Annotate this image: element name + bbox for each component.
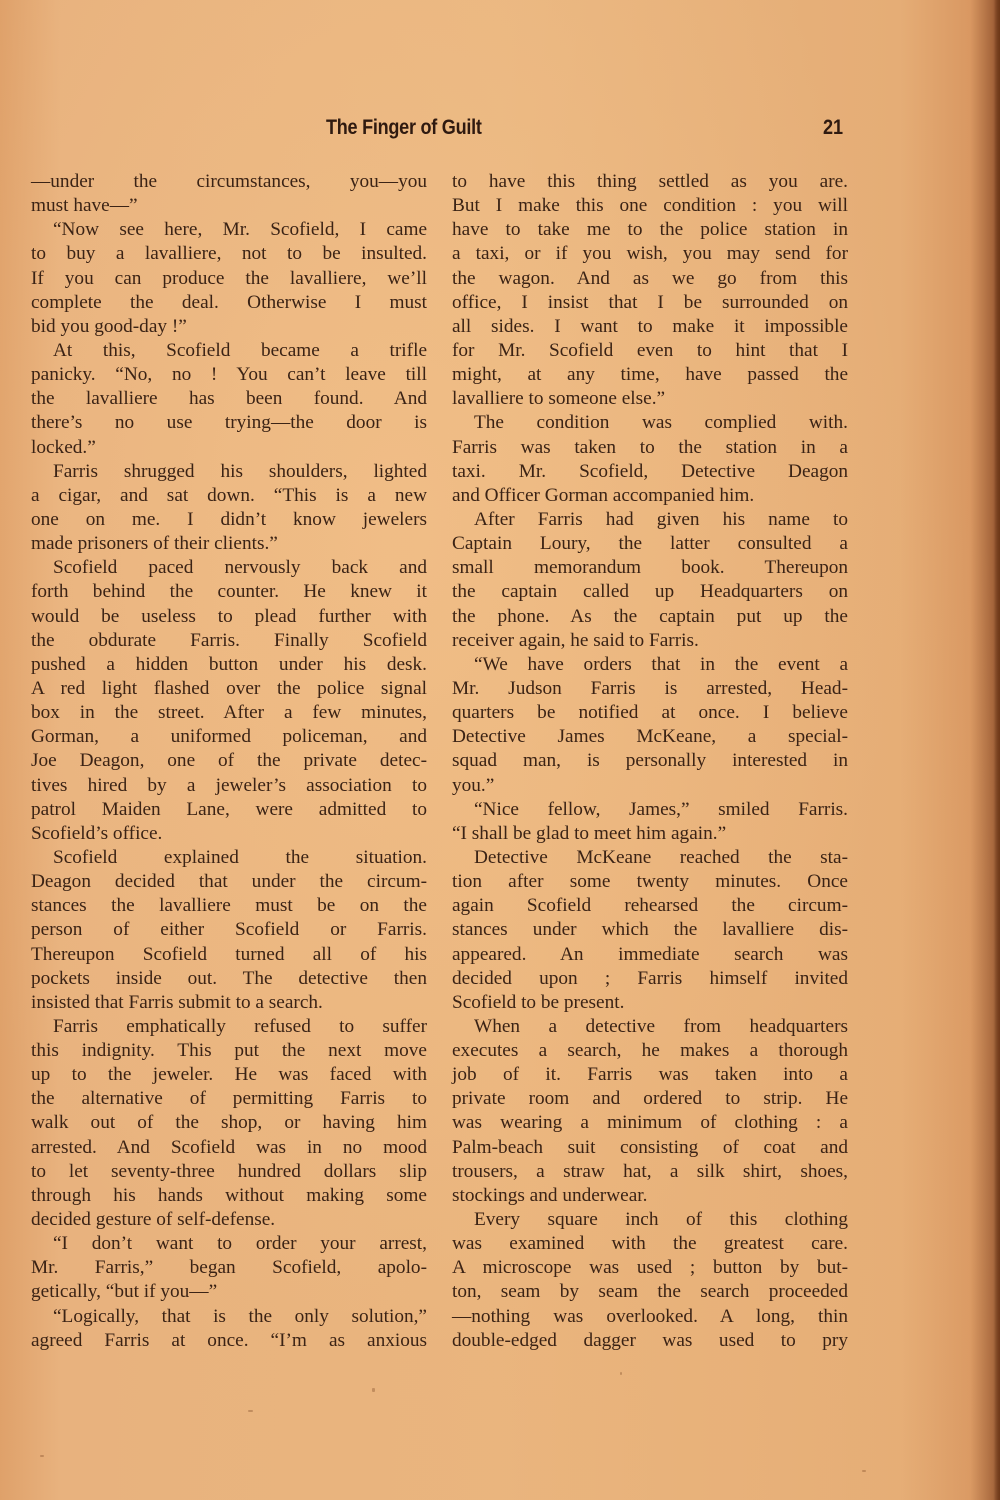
text-line: quarters be notified at once. I believe [452,701,848,725]
text-line: job of it. Farris was taken into a [452,1063,848,1087]
paper-speck [40,1455,44,1457]
text-line: would be useless to plead further with [31,605,427,629]
text-line: Every square inch of this clothing [452,1208,848,1232]
text-line: decided gesture of self-defense. [31,1208,427,1232]
text-line: up to the jeweler. He was faced with [31,1063,427,1087]
text-line: bid you good-day !” [31,315,427,339]
text-line: one on me. I didn’t know jewelers [31,508,427,532]
text-line: panicky. “No, no ! You can’t leave till [31,363,427,387]
text-line: Scofield’s office. [31,822,427,846]
text-line: locked.” [31,436,427,460]
text-line: the phone. As the captain put up the [452,605,848,629]
text-line: “I shall be glad to meet him again.” [452,822,848,846]
text-line: and Officer Gorman accompanied him. [452,484,848,508]
text-line: taxi. Mr. Scofield, Detective Deagon [452,460,848,484]
text-line: squad man, is personally interested in [452,749,848,773]
running-head: The Finger of Guilt 21 [0,116,1000,146]
text-line: all sides. I want to make it impossible [452,315,848,339]
text-line: was examined with the greatest care. [452,1232,848,1256]
text-line: Joe Deagon, one of the private detec- [31,749,427,773]
text-line: again Scofield rehearsed the circum- [452,894,848,918]
text-line: “Nice fellow, James,” smiled Farris. [452,798,848,822]
text-line: the obdurate Farris. Finally Scofield [31,629,427,653]
text-line: the captain called up Headquarters on [452,580,848,604]
text-column-left: —under the circumstances, you—youmust ha… [31,170,427,1353]
text-line: a cigar, and sat down. “This is a new [31,484,427,508]
text-line: Mr. Farris,” began Scofield, apolo- [31,1256,427,1280]
text-line: If you can produce the lavalliere, we’ll [31,267,427,291]
text-line: this indignity. This put the next move [31,1039,427,1063]
text-line: The condition was complied with. [452,411,848,435]
text-line: tives hired by a jeweler’s association t… [31,774,427,798]
text-line: there’s no use trying—the door is [31,411,427,435]
text-line: getically, “but if you—” [31,1280,427,1304]
text-line: private room and ordered to strip. He [452,1087,848,1111]
text-line: agreed Farris at once. “I’m as anxious [31,1329,427,1353]
paper-speck [862,1470,866,1472]
page-number: 21 [823,116,843,140]
text-line: box in the street. After a few minutes, [31,701,427,725]
text-line: A microscope was used ; button by but- [452,1256,848,1280]
text-line: At this, Scofield became a trifle [31,339,427,363]
text-line: Farris was taken to the station in a [452,436,848,460]
text-line: pockets inside out. The detective then [31,967,427,991]
text-line: executes a search, he makes a thorough [452,1039,848,1063]
text-line: double-edged dagger was used to pry [452,1329,848,1353]
text-line: But I make this one condition : you will [452,194,848,218]
text-line: Farris shrugged his shoulders, lighted [31,460,427,484]
text-line: When a detective from headquarters [452,1015,848,1039]
text-line: trousers, a straw hat, a silk shirt, sho… [452,1160,848,1184]
text-line: —nothing was overlooked. A long, thin [452,1305,848,1329]
text-line: small memorandum book. Thereupon [452,556,848,580]
text-line: “We have orders that in the event a [452,653,848,677]
text-line: stances the lavalliere must be on the [31,894,427,918]
paper-speck [620,1372,622,1375]
text-line: was wearing a minimum of clothing : a [452,1111,848,1135]
text-line: patrol Maiden Lane, were admitted to [31,798,427,822]
text-line: arrested. And Scofield was in no mood [31,1136,427,1160]
running-title: The Finger of Guilt [326,116,482,140]
text-line: tion after some twenty minutes. Once [452,870,848,894]
book-page: The Finger of Guilt 21 —under the circum… [0,0,1000,1500]
text-line: stockings and underwear. [452,1184,848,1208]
text-line: the lavalliere has been found. And [31,387,427,411]
text-line: have to take me to the police station in [452,218,848,242]
text-line: Detective James McKeane, a special- [452,725,848,749]
text-line: After Farris had given his name to [452,508,848,532]
text-line: Scofield paced nervously back and [31,556,427,580]
text-line: to have this thing settled as you are. [452,170,848,194]
text-line: Gorman, a uniformed policeman, and [31,725,427,749]
text-line: Scofield explained the situation. [31,846,427,870]
text-line: “I don’t want to order your arrest, [31,1232,427,1256]
paper-speck [372,1388,375,1392]
text-line: “Now see here, Mr. Scofield, I came [31,218,427,242]
text-line: Palm-beach suit consisting of coat and [452,1136,848,1160]
text-line: must have—” [31,194,427,218]
text-line: Mr. Judson Farris is arrested, Head- [452,677,848,701]
text-line: ton, seam by seam the search proceeded [452,1280,848,1304]
text-line: might, at any time, have passed the [452,363,848,387]
text-line: person of either Scofield or Farris. [31,918,427,942]
text-line: forth behind the counter. He knew it [31,580,427,604]
text-line: Deagon decided that under the circum- [31,870,427,894]
text-line: “Logically, that is the only solution,” [31,1305,427,1329]
text-column-right: to have this thing settled as you are.Bu… [452,170,848,1353]
text-line: to buy a lavalliere, not to be insulted. [31,242,427,266]
text-line: —under the circumstances, you—you [31,170,427,194]
text-line: a taxi, or if you wish, you may send for [452,242,848,266]
text-line: for Mr. Scofield even to hint that I [452,339,848,363]
text-line: Captain Loury, the latter consulted a [452,532,848,556]
text-line: decided upon ; Farris himself invited [452,967,848,991]
text-line: stances under which the lavalliere dis- [452,918,848,942]
text-line: Farris emphatically refused to suffer [31,1015,427,1039]
text-line: office, I insist that I be surrounded on [452,291,848,315]
text-line: the wagon. And as we go from this [452,267,848,291]
text-line: Thereupon Scofield turned all of his [31,943,427,967]
text-line: Detective McKeane reached the sta- [452,846,848,870]
text-line: through his hands without making some [31,1184,427,1208]
text-line: walk out of the shop, or having him [31,1111,427,1135]
paper-speck [248,1410,253,1412]
text-line: lavalliere to someone else.” [452,387,848,411]
text-line: complete the deal. Otherwise I must [31,291,427,315]
text-line: pushed a hidden button under his desk. [31,653,427,677]
text-line: you.” [452,774,848,798]
text-line: the alternative of permitting Farris to [31,1087,427,1111]
text-line: insisted that Farris submit to a search. [31,991,427,1015]
text-line: to let seventy-three hundred dollars sli… [31,1160,427,1184]
text-line: A red light flashed over the police sign… [31,677,427,701]
text-line: Scofield to be present. [452,991,848,1015]
text-line: receiver again, he said to Farris. [452,629,848,653]
page-spine-shadow [994,0,1000,1500]
text-line: made prisoners of their clients.” [31,532,427,556]
text-line: appeared. An immediate search was [452,943,848,967]
